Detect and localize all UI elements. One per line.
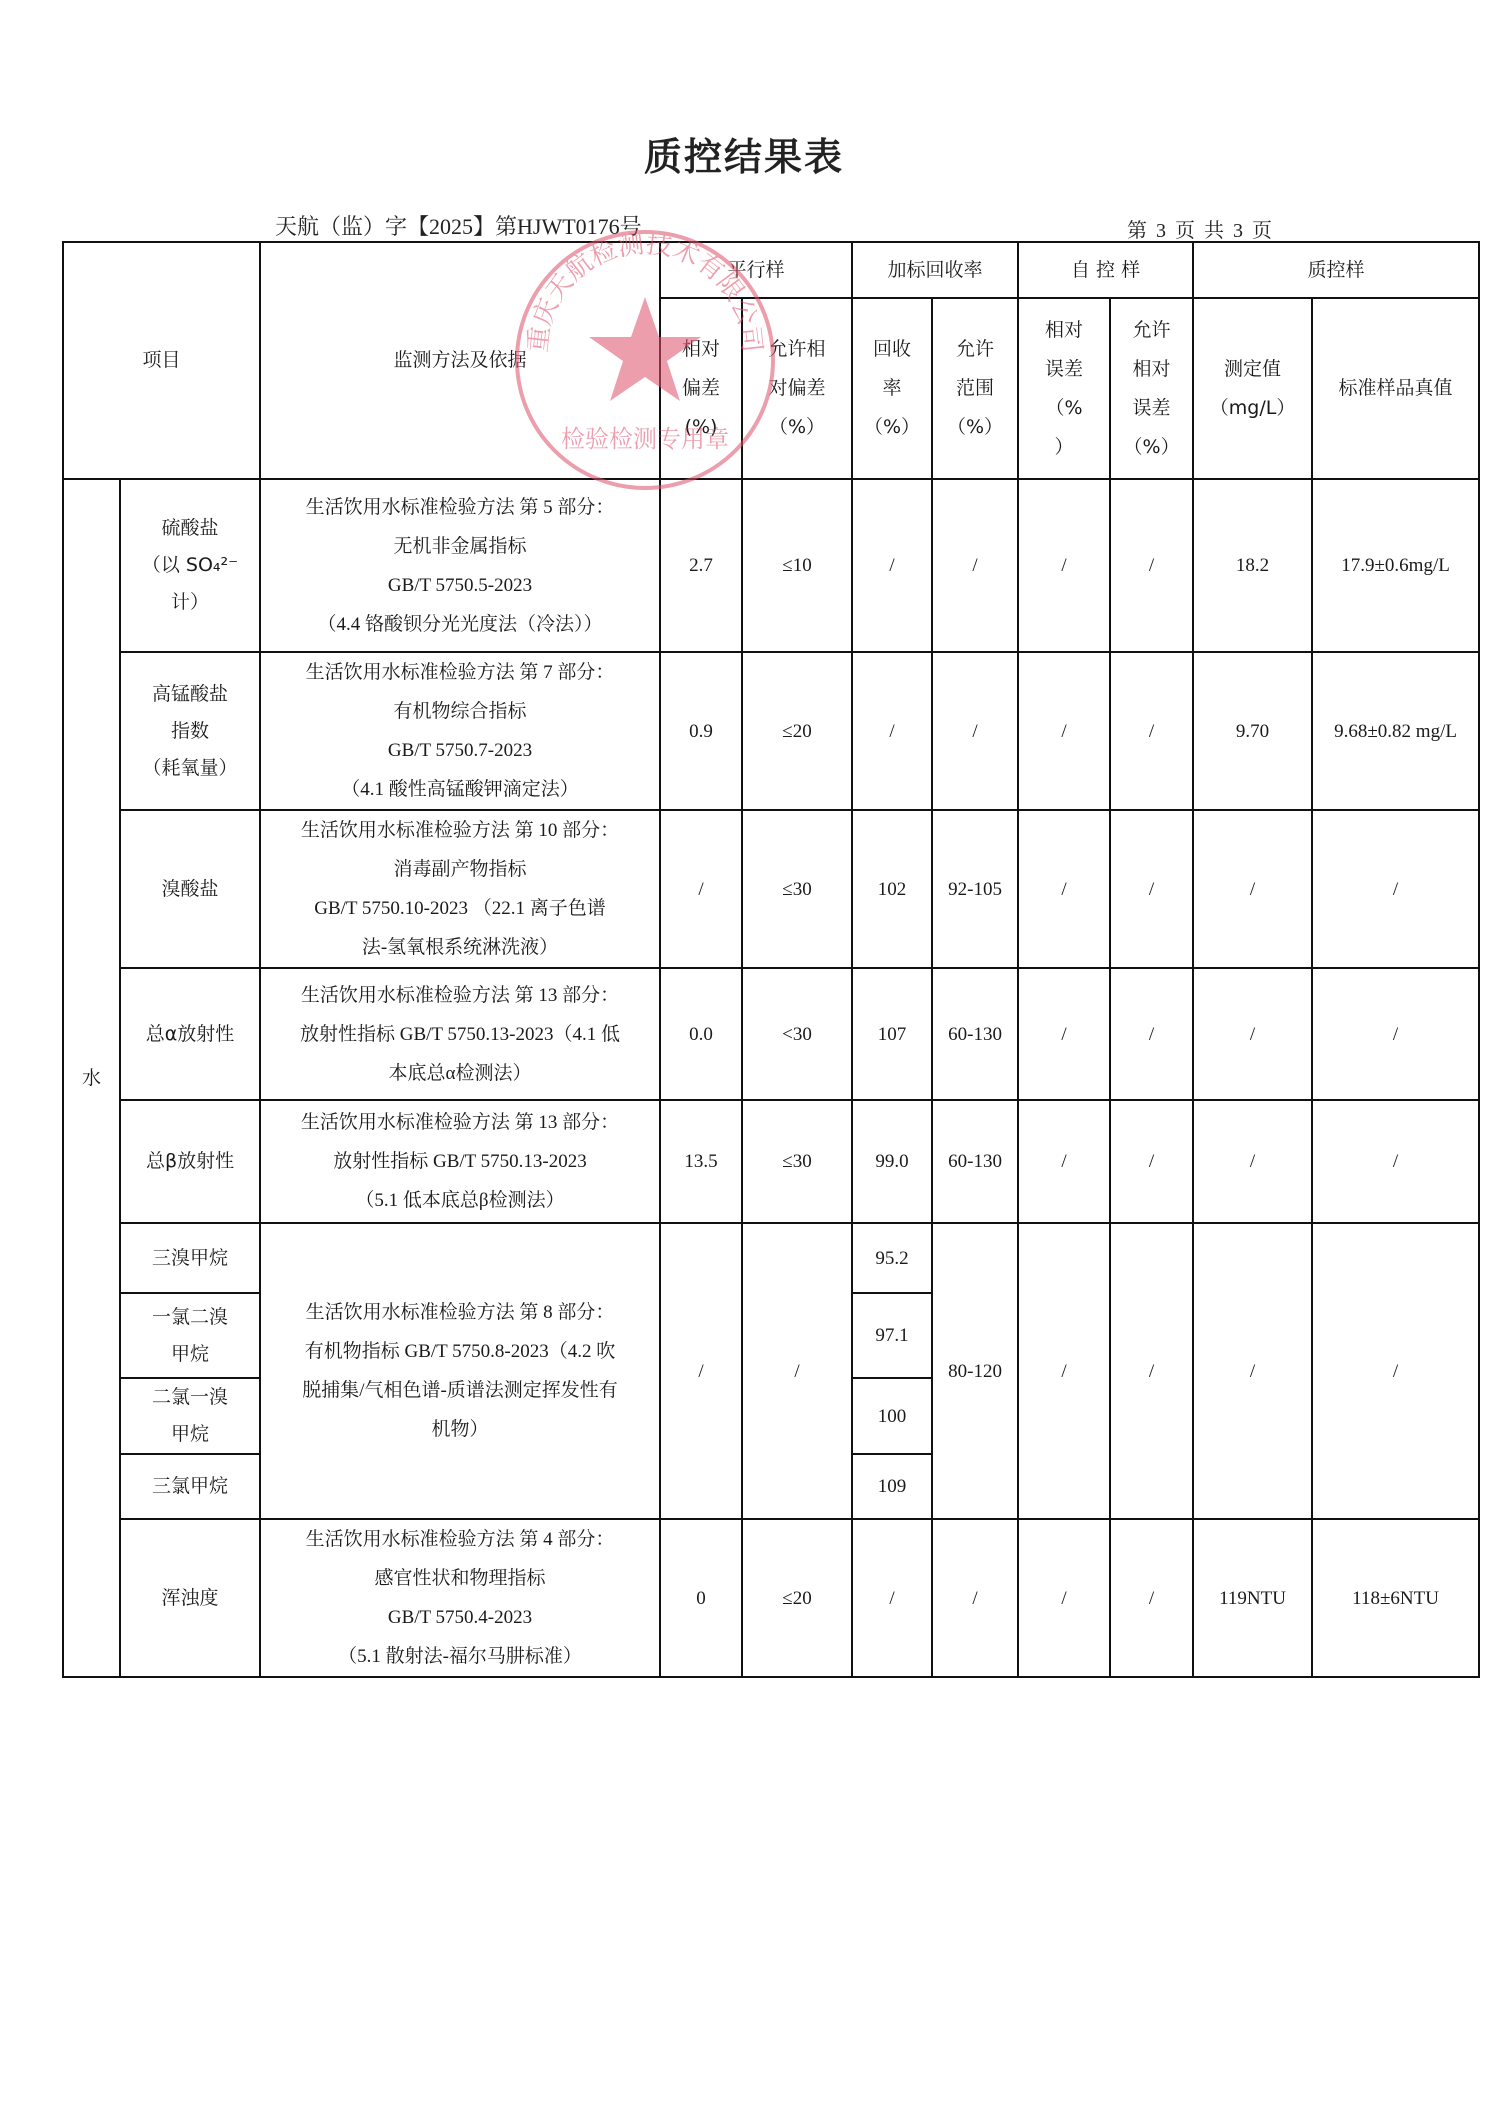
qc-results-table: 项目 监测方法及依据 平行样 加标回收率 自 控 样 质控样 相对偏差(%) 允… (62, 241, 1480, 1678)
value-allow-rel-dev: / (742, 1223, 852, 1519)
header-group-self: 自 控 样 (1018, 242, 1193, 298)
value-true-value: 9.68±0.82 mg/L (1312, 652, 1479, 810)
method-basis: 生活饮用水标准检验方法 第 10 部分：消毒副产物指标GB/T 5750.10-… (260, 810, 660, 968)
header-method: 监测方法及依据 (260, 242, 660, 479)
category-water: 水 (63, 479, 120, 1677)
page-info: 第 3 页 共 3 页 (1127, 214, 1274, 243)
value-allow-range: / (932, 1519, 1018, 1677)
value-true-value: / (1312, 1223, 1479, 1519)
value-rel-err: / (1018, 479, 1110, 652)
header-group-spike: 加标回收率 (852, 242, 1018, 298)
value-allow-range: / (932, 479, 1018, 652)
method-basis: 生活饮用水标准检验方法 第 13 部分：放射性指标 GB/T 5750.13-2… (260, 968, 660, 1100)
value-true-value: / (1312, 968, 1479, 1100)
header-group-qc: 质控样 (1193, 242, 1479, 298)
value-recovery: 109 (852, 1454, 932, 1519)
value-allow-rel-err: / (1110, 810, 1193, 968)
value-allow-rel-err: / (1110, 1100, 1193, 1223)
value-measured: / (1193, 810, 1312, 968)
method-basis: 生活饮用水标准检验方法 第 5 部分：无机非金属指标GB/T 5750.5-20… (260, 479, 660, 652)
value-recovery: / (852, 1519, 932, 1677)
item-name: 硫酸盐（以 SO₄²⁻计） (120, 479, 260, 652)
value-rel-err: / (1018, 810, 1110, 968)
value-true-value: / (1312, 810, 1479, 968)
value-rel-dev: 0.9 (660, 652, 742, 810)
value-recovery: 107 (852, 968, 932, 1100)
value-rel-dev: 2.7 (660, 479, 742, 652)
item-name: 三氯甲烷 (120, 1454, 260, 1519)
method-basis: 生活饮用水标准检验方法 第 7 部分：有机物综合指标GB/T 5750.7-20… (260, 652, 660, 810)
value-measured: 9.70 (1193, 652, 1312, 810)
value-allow-range: / (932, 652, 1018, 810)
value-allow-rel-dev: ≤20 (742, 1519, 852, 1677)
header-rel-dev: 相对偏差(%) (660, 298, 742, 479)
value-true-value: / (1312, 1100, 1479, 1223)
value-allow-range: 60-130 (932, 968, 1018, 1100)
value-recovery: / (852, 652, 932, 810)
value-rel-dev: 0.0 (660, 968, 742, 1100)
value-recovery: / (852, 479, 932, 652)
value-recovery: 95.2 (852, 1223, 932, 1293)
header-allow-range: 允许范围（%） (932, 298, 1018, 479)
item-name: 溴酸盐 (120, 810, 260, 968)
value-allow-range: 80-120 (932, 1223, 1018, 1519)
item-name: 浑浊度 (120, 1519, 260, 1677)
value-rel-err: / (1018, 968, 1110, 1100)
value-allow-range: 60-130 (932, 1100, 1018, 1223)
value-measured: / (1193, 1223, 1312, 1519)
value-allow-rel-err: / (1110, 968, 1193, 1100)
table-row: 总β放射性生活饮用水标准检验方法 第 13 部分：放射性指标 GB/T 5750… (63, 1100, 1479, 1223)
value-recovery: 99.0 (852, 1100, 932, 1223)
value-rel-dev: 13.5 (660, 1100, 742, 1223)
header-rel-err: 相对误差（%） (1018, 298, 1110, 479)
value-true-value: 118±6NTU (1312, 1519, 1479, 1677)
item-name: 总β放射性 (120, 1100, 260, 1223)
item-name: 总α放射性 (120, 968, 260, 1100)
table-row: 三溴甲烷生活饮用水标准检验方法 第 8 部分：有机物指标 GB/T 5750.8… (63, 1223, 1479, 1293)
method-basis: 生活饮用水标准检验方法 第 8 部分：有机物指标 GB/T 5750.8-202… (260, 1223, 660, 1519)
value-allow-rel-err: / (1110, 479, 1193, 652)
value-rel-err: / (1018, 1519, 1110, 1677)
document-number: 天航（监）字【2025】第HJWT0176号 (275, 210, 642, 241)
value-allow-rel-dev: ≤10 (742, 479, 852, 652)
header-recovery: 回收率（%） (852, 298, 932, 479)
header-allow-rel-err: 允许相对误差（%） (1110, 298, 1193, 479)
value-allow-range: 92-105 (932, 810, 1018, 968)
table-row: 总α放射性生活饮用水标准检验方法 第 13 部分：放射性指标 GB/T 5750… (63, 968, 1479, 1100)
value-rel-dev: / (660, 810, 742, 968)
header-allow-rel-dev: 允许相对偏差（%） (742, 298, 852, 479)
item-name: 二氯一溴甲烷 (120, 1378, 260, 1454)
value-rel-err: / (1018, 1100, 1110, 1223)
header-item: 项目 (63, 242, 260, 479)
value-allow-rel-err: / (1110, 652, 1193, 810)
method-basis: 生活饮用水标准检验方法 第 4 部分：感官性状和物理指标GB/T 5750.4-… (260, 1519, 660, 1677)
value-allow-rel-dev: ≤30 (742, 1100, 852, 1223)
value-measured: 119NTU (1193, 1519, 1312, 1677)
value-rel-err: / (1018, 652, 1110, 810)
header-true-value: 标准样品真值 (1312, 298, 1479, 479)
value-recovery: 100 (852, 1378, 932, 1454)
value-true-value: 17.9±0.6mg/L (1312, 479, 1479, 652)
table-row: 溴酸盐生活饮用水标准检验方法 第 10 部分：消毒副产物指标GB/T 5750.… (63, 810, 1479, 968)
value-rel-err: / (1018, 1223, 1110, 1519)
item-name: 一氯二溴甲烷 (120, 1293, 260, 1378)
value-allow-rel-dev: ≤20 (742, 652, 852, 810)
table-row: 浑浊度生活饮用水标准检验方法 第 4 部分：感官性状和物理指标GB/T 5750… (63, 1519, 1479, 1677)
header-measured: 测定值（mg/L） (1193, 298, 1312, 479)
value-measured: 18.2 (1193, 479, 1312, 652)
value-measured: / (1193, 968, 1312, 1100)
table-row: 高锰酸盐指数（耗氧量）生活饮用水标准检验方法 第 7 部分：有机物综合指标GB/… (63, 652, 1479, 810)
value-measured: / (1193, 1100, 1312, 1223)
table-row: 水硫酸盐（以 SO₄²⁻计）生活饮用水标准检验方法 第 5 部分：无机非金属指标… (63, 479, 1479, 652)
value-allow-rel-err: / (1110, 1223, 1193, 1519)
value-allow-rel-err: / (1110, 1519, 1193, 1677)
value-recovery: 102 (852, 810, 932, 968)
item-name: 高锰酸盐指数（耗氧量） (120, 652, 260, 810)
value-allow-rel-dev: ≤30 (742, 810, 852, 968)
item-name: 三溴甲烷 (120, 1223, 260, 1293)
value-rel-dev: 0 (660, 1519, 742, 1677)
value-allow-rel-dev: <30 (742, 968, 852, 1100)
header-group-parallel: 平行样 (660, 242, 852, 298)
value-recovery: 97.1 (852, 1293, 932, 1378)
value-rel-dev: / (660, 1223, 742, 1519)
method-basis: 生活饮用水标准检验方法 第 13 部分：放射性指标 GB/T 5750.13-2… (260, 1100, 660, 1223)
page-title: 质控结果表 (0, 126, 1488, 181)
